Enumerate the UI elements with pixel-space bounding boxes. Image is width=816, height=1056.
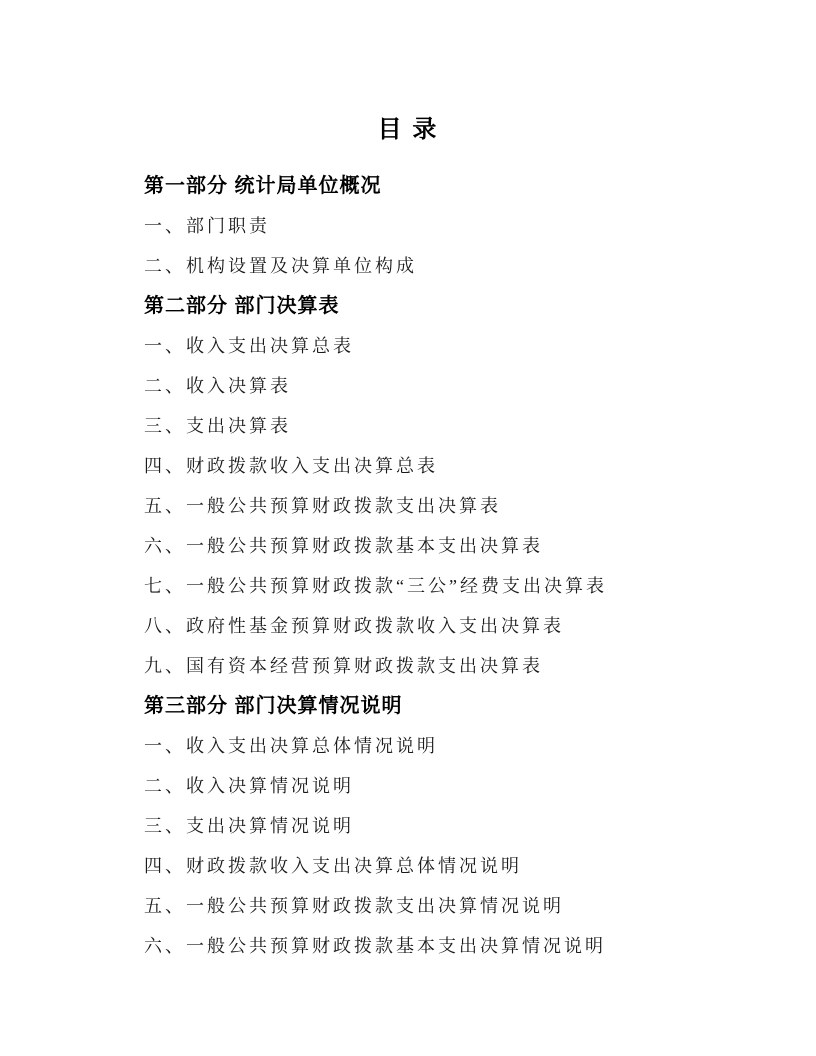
- toc-item: 五、一般公共预算财政拨款支出决算情况说明: [144, 886, 720, 926]
- toc-section-heading: 第一部分 统计局单位概况: [144, 166, 720, 206]
- toc-item: 一、收入支出决算总表: [144, 326, 720, 366]
- toc-section-heading: 第三部分 部门决算情况说明: [144, 686, 720, 726]
- toc-item: 六、一般公共预算财政拨款基本支出决算情况说明: [144, 926, 720, 966]
- toc-title: 目 录: [96, 110, 720, 150]
- toc-item: 七、一般公共预算财政拨款“三公”经费支出决算表: [144, 566, 720, 606]
- toc-item: 二、收入决算表: [144, 366, 720, 406]
- toc-item: 八、政府性基金预算财政拨款收入支出决算表: [144, 606, 720, 646]
- toc-section-heading: 第二部分 部门决算表: [144, 286, 720, 326]
- toc-item: 四、财政拨款收入支出决算总体情况说明: [144, 846, 720, 886]
- toc-item: 六、一般公共预算财政拨款基本支出决算表: [144, 526, 720, 566]
- toc-item: 九、国有资本经营预算财政拨款支出决算表: [144, 646, 720, 686]
- toc-item: 一、收入支出决算总体情况说明: [144, 726, 720, 766]
- toc-item: 五、一般公共预算财政拨款支出决算表: [144, 486, 720, 526]
- toc-item: 三、支出决算表: [144, 406, 720, 446]
- toc-list: 第一部分 统计局单位概况一、部门职责二、机构设置及决算单位构成第二部分 部门决算…: [144, 166, 720, 966]
- toc-item: 二、收入决算情况说明: [144, 766, 720, 806]
- toc-item: 二、机构设置及决算单位构成: [144, 246, 720, 286]
- toc-item: 四、财政拨款收入支出决算总表: [144, 446, 720, 486]
- toc-item: 三、支出决算情况说明: [144, 806, 720, 846]
- toc-item: 一、部门职责: [144, 206, 720, 246]
- document-page: 目 录 第一部分 统计局单位概况一、部门职责二、机构设置及决算单位构成第二部分 …: [0, 0, 816, 1056]
